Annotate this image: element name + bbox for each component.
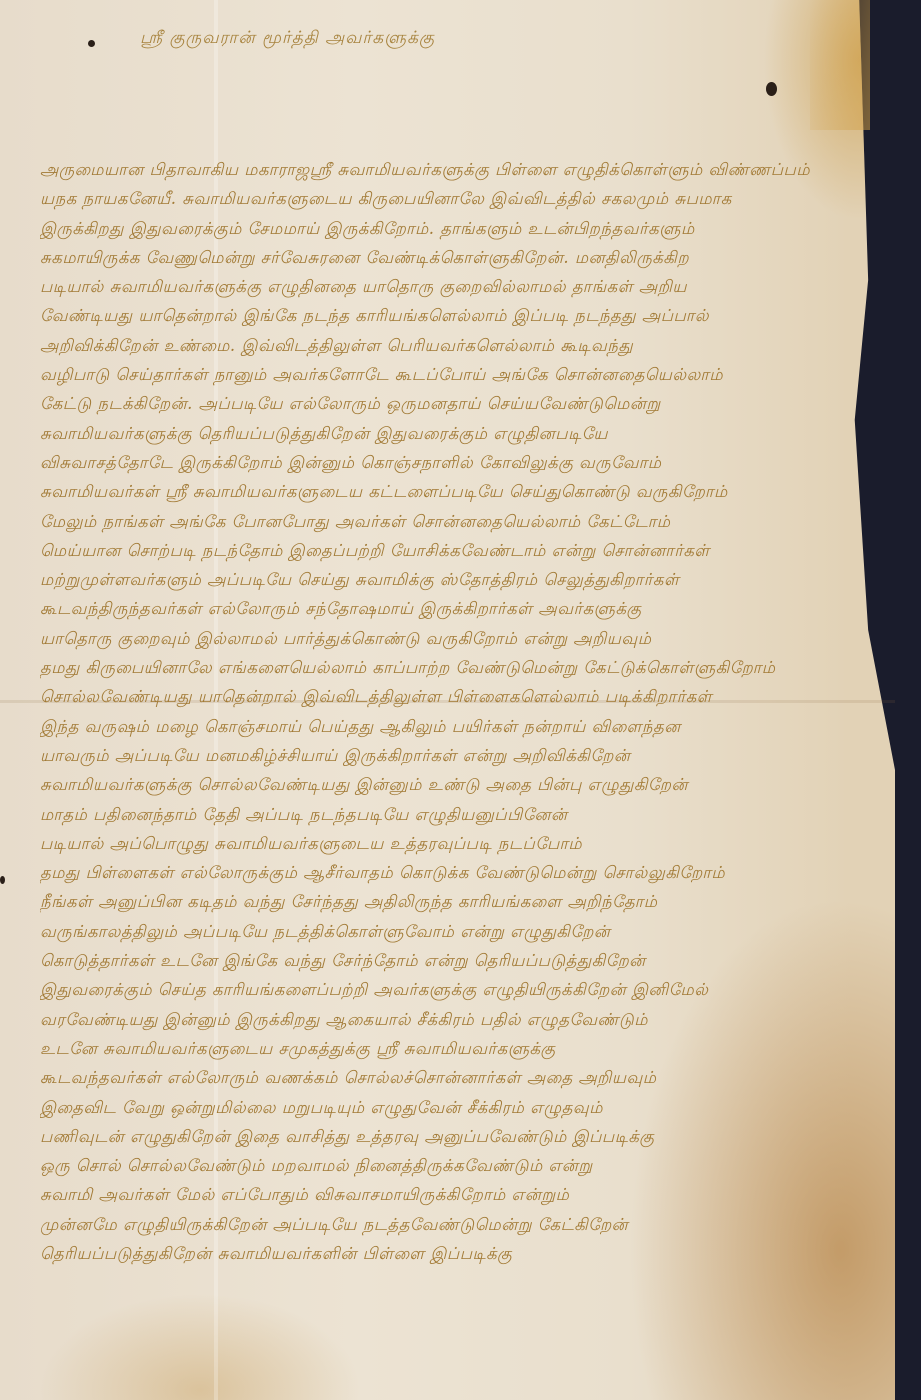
manuscript-line: தமது பிள்ளைகள் எல்லோருக்கும் ஆசீர்வாதம் … (40, 858, 850, 887)
manuscript-line: மாதம் பதினைந்தாம் தேதி அப்படி நடந்தபடியே… (40, 800, 850, 829)
manuscript-line: மேலும் நாங்கள் அங்கே போனபோது அவர்கள் சொன… (40, 507, 850, 536)
ink-spot (766, 82, 777, 96)
manuscript-line: நீங்கள் அனுப்பின கடிதம் வந்து சேர்ந்தது … (40, 887, 850, 916)
manuscript-line: இதுவரைக்கும் செய்த காரியங்களைப்பற்றி அவர… (40, 975, 850, 1004)
manuscript-line: மெய்யான சொற்படி நடந்தோம் இதைப்பற்றி யோசி… (40, 536, 850, 565)
manuscript-line: சொல்லவேண்டியது யாதென்றால் இவ்விடத்திலுள்… (40, 682, 850, 711)
manuscript-line: தெரியப்படுத்துகிறேன் சுவாமியவர்களின் பிள… (40, 1239, 850, 1268)
manuscript-line: முன்னமே எழுதியிருக்கிறேன் அப்படியே நடத்த… (40, 1210, 850, 1239)
manuscript-line: யாவரும் அப்படியே மனமகிழ்ச்சியாய் இருக்கி… (40, 741, 850, 770)
manuscript-line: அறிவிக்கிறேன் உண்மை. இவ்விடத்திலுள்ள பெர… (40, 331, 850, 360)
manuscript-line: கொடுத்தார்கள் உடனே இங்கே வந்து சேர்ந்தோம… (40, 946, 850, 975)
manuscript-line: சுவாமி அவர்கள் மேல் எப்போதும் விசுவாசமாய… (40, 1180, 850, 1209)
manuscript-line: வருங்காலத்திலும் அப்படியே நடத்திக்கொள்ளு… (40, 917, 850, 946)
manuscript-line: பணிவுடன் எழுதுகிறேன் இதை வாசித்து உத்தரவ… (40, 1122, 850, 1151)
manuscript-line: யாதொரு குறைவும் இல்லாமல் பார்த்துக்கொண்ட… (40, 624, 850, 653)
manuscript-line: ஒரு சொல் சொல்லவேண்டும் மறவாமல் நினைத்திர… (40, 1151, 850, 1180)
manuscript-line: உடனே சுவாமியவர்களுடைய சமுகத்துக்கு ஸ்ரீ … (40, 1034, 850, 1063)
folded-corner (810, 0, 870, 130)
manuscript-line: சுகமாயிருக்க வேணுமென்று சர்வேசுரனை வேண்ட… (40, 243, 850, 272)
manuscript-body: அருமையான பிதாவாகிய மகாராஜஸ்ரீ சுவாமியவர்… (40, 155, 850, 1268)
manuscript-line: படியால் அப்பொழுது சுவாமியவர்களுடைய உத்தர… (40, 829, 850, 858)
manuscript-line: கூடவந்திருந்தவர்கள் எல்லோரும் சந்தோஷமாய்… (40, 594, 850, 623)
manuscript-line: வரவேண்டியது இன்னும் இருக்கிறது ஆகையால் ச… (40, 1005, 850, 1034)
manuscript-line: வழிபாடு செய்தார்கள் நானும் அவர்களோடே கூட… (40, 360, 850, 389)
manuscript-line: சுவாமியவர்களுக்கு சொல்லவேண்டியது இன்னும்… (40, 770, 850, 799)
manuscript-line: யநக நாயகனேயீ. சுவாமியவர்களுடைய கிருபையின… (40, 184, 850, 213)
manuscript-line: தமது கிருபையினாலே எங்களையெல்லாம் காப்பாற… (40, 653, 850, 682)
ink-spot (0, 876, 5, 884)
manuscript-line: அருமையான பிதாவாகிய மகாராஜஸ்ரீ சுவாமியவர்… (40, 155, 850, 184)
ink-spot (88, 40, 95, 47)
manuscript-line: இந்த வருஷம் மழை கொஞ்சமாய் பெய்தது ஆகிலும… (40, 712, 850, 741)
manuscript-line: கேட்டு நடக்கிறேன். அப்படியே எல்லோரும் ஒர… (40, 389, 850, 418)
manuscript-heading: ஸ்ரீ குருவரான் மூர்த்தி அவர்களுக்கு (140, 28, 435, 50)
manuscript-line: விசுவாசத்தோடே இருக்கிறோம் இன்னும் கொஞ்சந… (40, 448, 850, 477)
manuscript-line: இதைவிட வேறு ஒன்றுமில்லை மறுபடியும் எழுது… (40, 1093, 850, 1122)
manuscript-line: வேண்டியது யாதென்றால் இங்கே நடந்த காரியங்… (40, 301, 850, 330)
manuscript-line: மற்றுமுள்ளவர்களும் அப்படியே செய்து சுவாம… (40, 565, 850, 594)
manuscript-line: கூடவந்தவர்கள் எல்லோரும் வணக்கம் சொல்லச்ச… (40, 1063, 850, 1092)
manuscript-line: படியால் சுவாமியவர்களுக்கு எழுதினதை யாதொர… (40, 272, 850, 301)
manuscript-line: சுவாமியவர்களுக்கு தெரியப்படுத்துகிறேன் இ… (40, 419, 850, 448)
manuscript-line: இருக்கிறது இதுவரைக்கும் சேமமாய் இருக்கிற… (40, 214, 850, 243)
manuscript-line: சுவாமியவர்கள் ஸ்ரீ சுவாமியவர்களுடைய கட்ட… (40, 477, 850, 506)
